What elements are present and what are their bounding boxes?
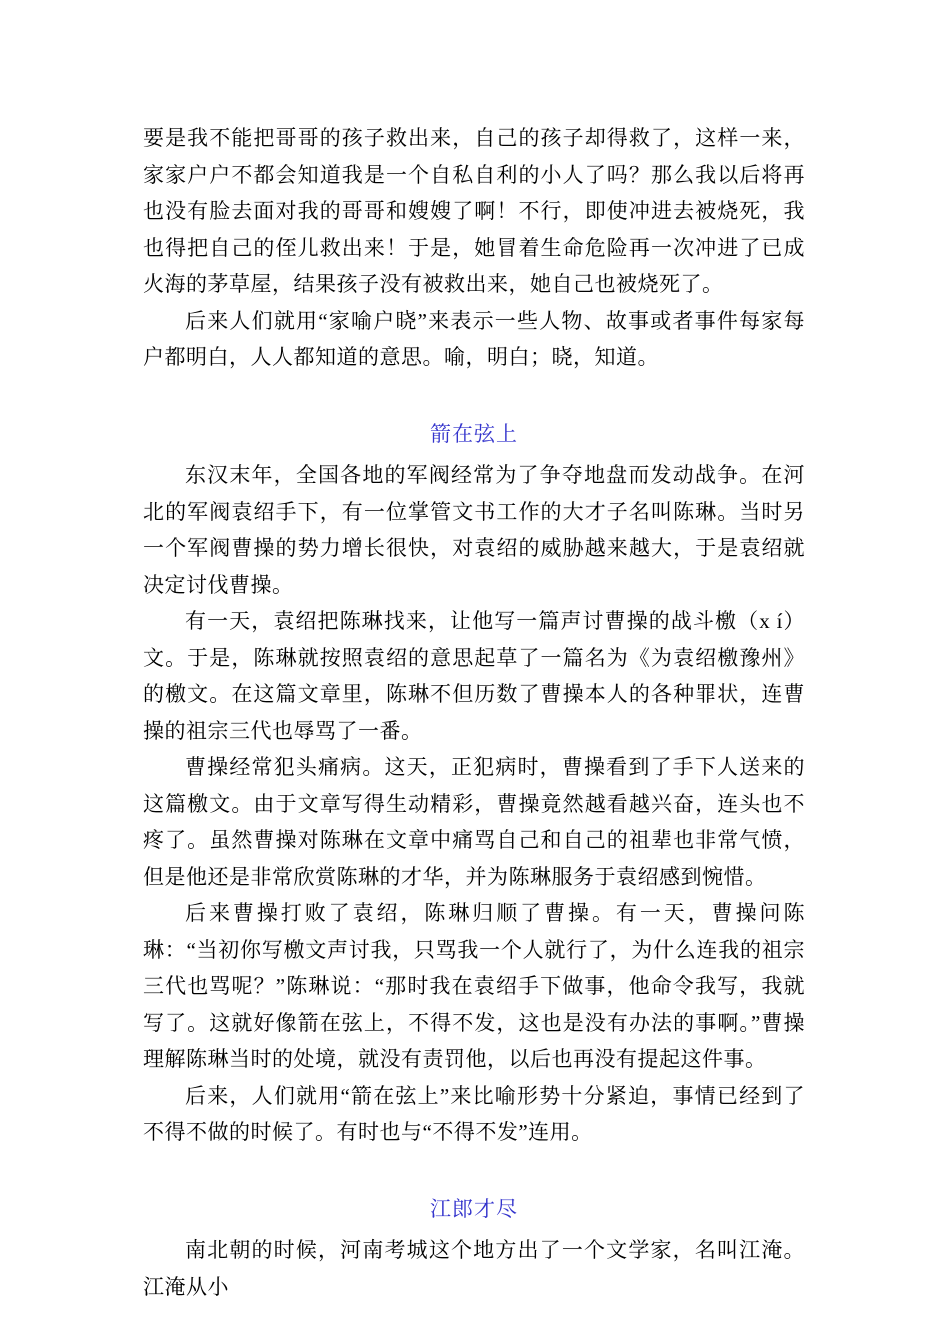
section-heading: 江郎才尽 [143,1191,805,1228]
paragraph: 后来，人们就用“箭在弦上”来比喻形势十分紧迫，事情已经到了不得不做的时候了。有时… [143,1078,805,1151]
document-page: 要是我不能把哥哥的孩子救出来，自己的孩子却得救了，这样一来，家家户户不都会知道我… [0,0,950,1344]
paragraph: 南北朝的时候，河南考城这个地方出了一个文学家，名叫江淹。江淹从小 [143,1232,805,1305]
section-heading: 箭在弦上 [143,416,805,453]
paragraph: 后来曹操打败了袁绍，陈琳归顺了曹操。有一天，曹操问陈琳：“当初你写檄文声讨我，只… [143,895,805,1078]
paragraph: 曹操经常犯头痛病。这天，正犯病时，曹操看到了手下人送来的这篇檄文。由于文章写得生… [143,749,805,895]
paragraph: 有一天，袁绍把陈琳找来，让他写一篇声讨曹操的战斗檄（x í）文。于是，陈琳就按照… [143,603,805,749]
paragraph: 东汉末年，全国各地的军阀经常为了争夺地盘而发动战争。在河北的军阀袁绍手下，有一位… [143,457,805,603]
paragraph: 要是我不能把哥哥的孩子救出来，自己的孩子却得救了，这样一来，家家户户不都会知道我… [143,120,805,303]
document-content: 要是我不能把哥哥的孩子救出来，自己的孩子却得救了，这样一来，家家户户不都会知道我… [143,120,805,1305]
paragraph: 后来人们就用“家喻户晓”来表示一些人物、故事或者事件每家每户都明白，人人都知道的… [143,303,805,376]
